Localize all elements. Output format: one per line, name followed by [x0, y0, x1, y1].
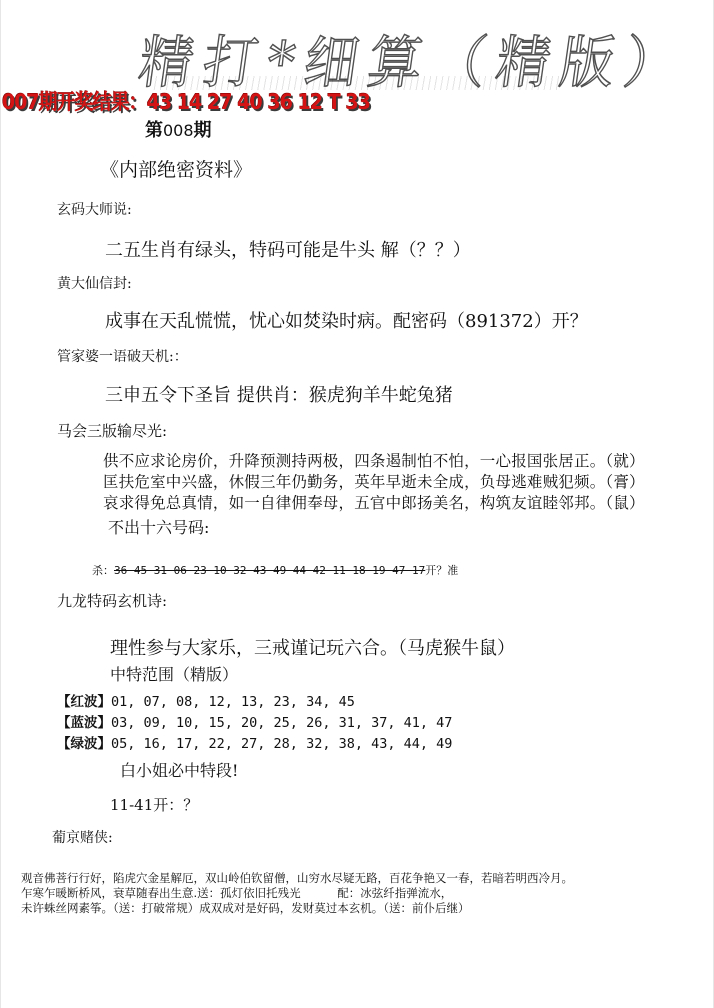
wave-numbers: 01, 07, 08, 12, 13, 23, 34, 45: [111, 694, 355, 710]
range-label: 中特范围（精版）: [110, 662, 238, 685]
section-label-guanjiapo: 管家婆一语破天机:：: [57, 346, 188, 366]
section-label-jiulong: 九龙特码玄机诗:: [57, 590, 167, 611]
wave-numbers: 05, 16, 17, 22, 27, 28, 32, 38, 43, 44, …: [111, 736, 452, 752]
poem-line: 未许蛛丝网素筝。（送：打破常规）成双成对是好码，发财莫过本玄机。（送：前仆后继）: [21, 901, 573, 916]
poem-line: 观音佛菩行行好，陷虎穴金星解厄，双山岭伯钦留僧，山穷水尽疑无路，百花争艳又一春，…: [21, 871, 573, 886]
no16-label: 不出十六号码:: [108, 515, 209, 538]
wave-name: 【蓝波】: [57, 715, 111, 731]
document-title: 《内部绝密资料》: [100, 155, 252, 182]
kill-numbers-line: 杀：36 45 31 06 23 10 32 43 49 44 42 11 18…: [92, 562, 458, 578]
section-label-huangdaxian: 黄大仙信封:: [57, 273, 132, 293]
wave-row-blue: 【蓝波】03, 09, 10, 15, 20, 25, 26, 31, 37, …: [57, 711, 452, 731]
poem-line: 乍寒乍暖断桥风，衰草随春出生意.送：孤灯依旧托残光 配：冰弦纤指弹流水，: [21, 886, 573, 901]
poem-line: 匡扶危室中兴盛，休假三年仍勤务，英年早逝未全成，负母逃难贼犯频。（膏）: [103, 472, 645, 493]
wave-row-red: 【红波】01, 07, 08, 12, 13, 23, 34, 45: [57, 690, 355, 710]
section-text-huangdaxian: 成事在天乱慌慌，忧心如焚染时病。配密码（891372）开？: [105, 307, 588, 333]
issue-prefix: 第: [145, 120, 163, 141]
wave-row-green: 【绿波】05, 16, 17, 22, 27, 28, 32, 38, 43, …: [57, 732, 452, 752]
wave-name: 【红波】: [57, 694, 111, 710]
banner-logo: 精打*细算（精版）: [140, 14, 570, 94]
section-label-xuanma: 玄码大师说:: [57, 199, 132, 219]
wave-numbers: 03, 09, 10, 15, 20, 25, 26, 31, 37, 41, …: [111, 715, 452, 731]
mahui-poem: 供不应求论房价，升降预测持两极，四条遏制怕不怕，一心报国张居正。（就） 匡扶危室…: [103, 451, 645, 514]
kill-numbers: 36 45 31 06 23 10 32 43 49 44 42 11 18 1…: [114, 564, 425, 577]
section-text-guanjiapo: 三申五令下圣旨 提供肖：猴虎狗羊牛蛇兔猪: [105, 381, 453, 407]
kill-suffix: 开？准: [425, 564, 458, 577]
section-text-jiulong: 理性参与大家乐，三戒谨记玩六合。（马虎猴牛鼠）: [110, 634, 515, 660]
issue-suffix: 期: [194, 120, 212, 141]
baixiaojie-range: 11-41开：？: [110, 794, 198, 815]
section-text-xuanma: 二五生肖有绿头，特码可能是牛头 解（？？）: [105, 236, 471, 262]
poem-line: 供不应求论房价，升降预测持两极，四条遏制怕不怕，一心报国张居正。（就）: [103, 451, 645, 472]
issue-number-value: 008: [163, 121, 194, 140]
poem-line: 哀求得免总真情，如一自律佣奉母，五官中郎扬美名，构筑友谊睦邻邦。（鼠）: [103, 493, 645, 514]
draw-result-line: 007期开奖结果：43 14 27 40 36 12 T 33: [2, 86, 370, 116]
issue-number: 第008期: [145, 116, 212, 142]
kill-prefix: 杀：: [92, 564, 114, 577]
section-label-mahui: 马会三版输尽光:: [57, 420, 167, 441]
section-label-pujing: 葡京赌侠:: [52, 827, 113, 847]
pujing-poem: 观音佛菩行行好，陷虎穴金星解厄，双山岭伯钦留僧，山穷水尽疑无路，百花争艳又一春，…: [21, 871, 573, 916]
baixiaojie-text: 白小姐必中特段!: [120, 758, 238, 781]
page-edge-left: [0, 0, 1, 1008]
wave-name: 【绿波】: [57, 736, 111, 752]
